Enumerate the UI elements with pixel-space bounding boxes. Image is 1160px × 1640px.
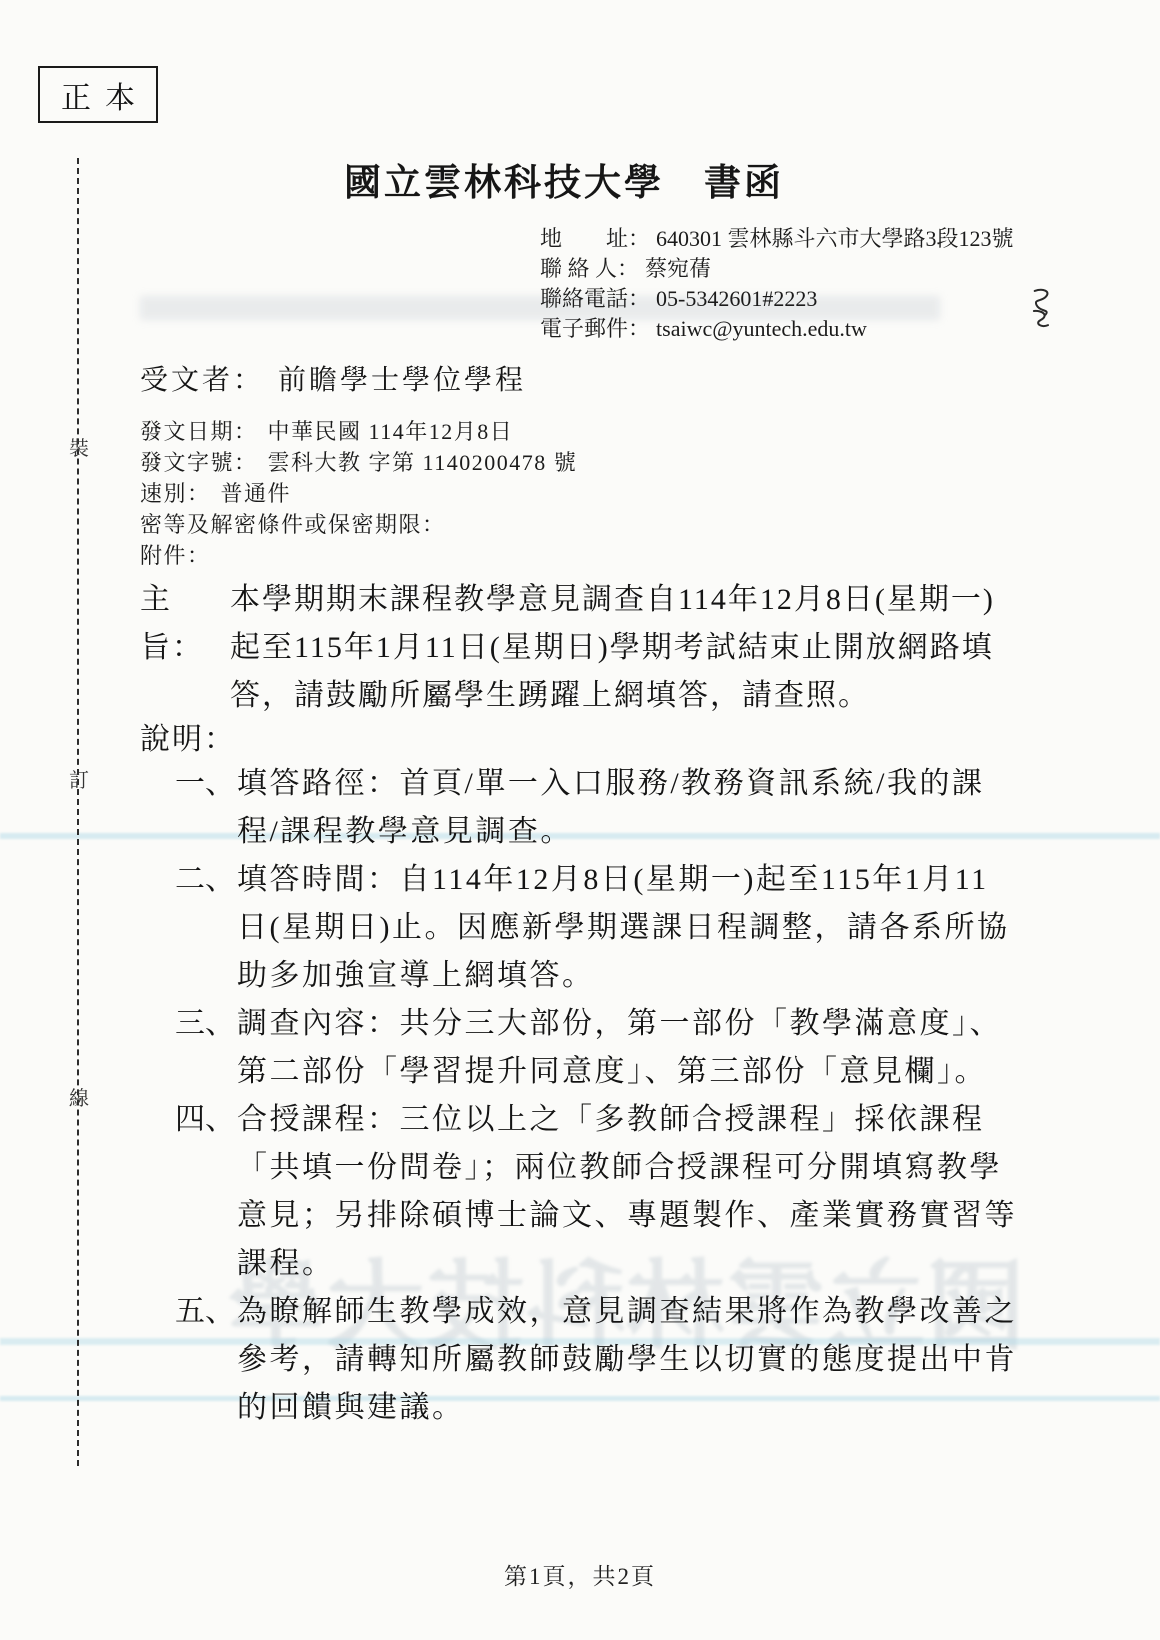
recipient-line: 受文者：前瞻學士學位學程 (140, 358, 526, 398)
contact-block: 地 址：640301 雲林縣斗六市大學路3段123號 聯 絡 人：蔡宛蒨 聯絡電… (540, 224, 1014, 344)
subject-paragraph: 主旨： 本學期期末課程教學意見調查自114年12月8日(星期一)起至115年1月… (140, 576, 1024, 720)
copy-type-label: 正本 (47, 73, 149, 117)
address-label: 地 址： (540, 226, 650, 251)
meta-block: 發文日期：中華民國 114年12月8日 發文字號：雲科大教 字第 1140200… (140, 416, 577, 571)
binding-mark-zhuang: 裝 (66, 432, 92, 461)
explanation-item-2: 二、 填答時間：自114年12月8日(星期一)起至115年1月11日(星期日)止… (175, 856, 1020, 1000)
contact-row-address: 地 址：640301 雲林縣斗六市大學路3段123號 (540, 224, 1014, 254)
item-number: 一、 (175, 760, 237, 808)
meta-row-issue-date: 發文日期：中華民國 114年12月8日 (140, 416, 577, 447)
subject-text: 本學期期末課程教學意見調查自114年12月8日(星期一)起至115年1月11日(… (230, 576, 1024, 720)
page-number-footer: 第1頁，共2頁 (0, 1558, 1160, 1591)
item-text: 調查內容：共分三大部份，第一部份「教學滿意度」、第二部份「學習提升同意度」、第三… (237, 1000, 1020, 1096)
explanation-item-3: 三、 調查內容：共分三大部份，第一部份「教學滿意度」、第二部份「學習提升同意度」… (175, 1000, 1020, 1096)
attachment-label: 附件： (140, 543, 211, 568)
binding-mark-ding: 訂 (66, 764, 92, 793)
recipient-value: 前瞻學士學位學程 (278, 365, 526, 396)
explanation-list: 一、 填答路徑：首頁/單一入口服務/教務資訊系統/我的課程/課程教學意見調查。 … (175, 760, 1020, 1432)
document-title: 國立雲林科技大學 書函 (0, 152, 1128, 206)
item-text: 為瞭解師生教學成效，意見調查結果將作為教學改善之參考，請轉知所屬教師鼓勵學生以切… (237, 1288, 1020, 1432)
phone-value: 05-5342601#2223 (656, 286, 817, 311)
handwritten-mark (1023, 284, 1060, 337)
email-label: 電子郵件： (540, 316, 650, 341)
phone-label: 聯絡電話： (540, 286, 650, 311)
doc-number-value: 雲科大教 字第 1140200478 號 (268, 450, 578, 475)
subject-label: 主旨： (140, 576, 230, 672)
explanation-item-5: 五、 為瞭解師生教學成效，意見調查結果將作為教學改善之參考，請轉知所屬教師鼓勵學… (175, 1288, 1020, 1432)
email-value: tsaiwc@yuntech.edu.tw (656, 316, 867, 341)
contact-row-phone: 聯絡電話：05-5342601#2223 (540, 284, 1014, 314)
item-number: 五、 (175, 1288, 237, 1336)
binding-mark-xian: 線 (66, 1082, 92, 1111)
item-text: 填答時間：自114年12月8日(星期一)起至115年1月11日(星期日)止。因應… (237, 856, 1020, 1000)
doc-number-label: 發文字號： (140, 450, 258, 475)
address-value: 640301 雲林縣斗六市大學路3段123號 (656, 226, 1014, 251)
meta-row-doc-number: 發文字號：雲科大教 字第 1140200478 號 (140, 447, 577, 478)
meta-row-attachment: 附件： (140, 540, 577, 571)
contact-row-person: 聯 絡 人：蔡宛蒨 (540, 254, 1014, 284)
security-label: 密等及解密條件或保密期限： (140, 512, 446, 537)
item-number: 二、 (175, 856, 237, 904)
priority-value: 普通件 (221, 481, 292, 506)
contact-row-email: 電子郵件：tsaiwc@yuntech.edu.tw (540, 314, 1014, 344)
contact-person-label: 聯 絡 人： (540, 256, 639, 281)
issue-date-label: 發文日期： (140, 419, 258, 444)
document-page: 國立雲林科技大學 正本 裝 訂 線 國立雲林科技大學 書函 地 址：640301… (0, 0, 1160, 1640)
contact-person-value: 蔡宛蒨 (645, 256, 711, 281)
meta-row-security: 密等及解密條件或保密期限： (140, 509, 577, 540)
copy-type-stamp: 正本 (38, 66, 158, 123)
explanation-label: 說明： (140, 716, 236, 764)
priority-label: 速別： (140, 481, 211, 506)
item-number: 三、 (175, 1000, 237, 1048)
issue-date-value: 中華民國 114年12月8日 (268, 419, 514, 444)
explanation-item-1: 一、 填答路徑：首頁/單一入口服務/教務資訊系統/我的課程/課程教學意見調查。 (175, 760, 1020, 856)
binding-dashed-line (77, 158, 79, 1466)
meta-row-priority: 速別：普通件 (140, 478, 577, 509)
explanation-item-4: 四、 合授課程：三位以上之「多教師合授課程」採依課程「共填一份問卷」；兩位教師合… (175, 1096, 1020, 1288)
recipient-label: 受文者： (140, 365, 264, 396)
item-number: 四、 (175, 1096, 237, 1144)
item-text: 填答路徑：首頁/單一入口服務/教務資訊系統/我的課程/課程教學意見調查。 (237, 760, 1020, 856)
item-text: 合授課程：三位以上之「多教師合授課程」採依課程「共填一份問卷」；兩位教師合授課程… (237, 1096, 1020, 1288)
